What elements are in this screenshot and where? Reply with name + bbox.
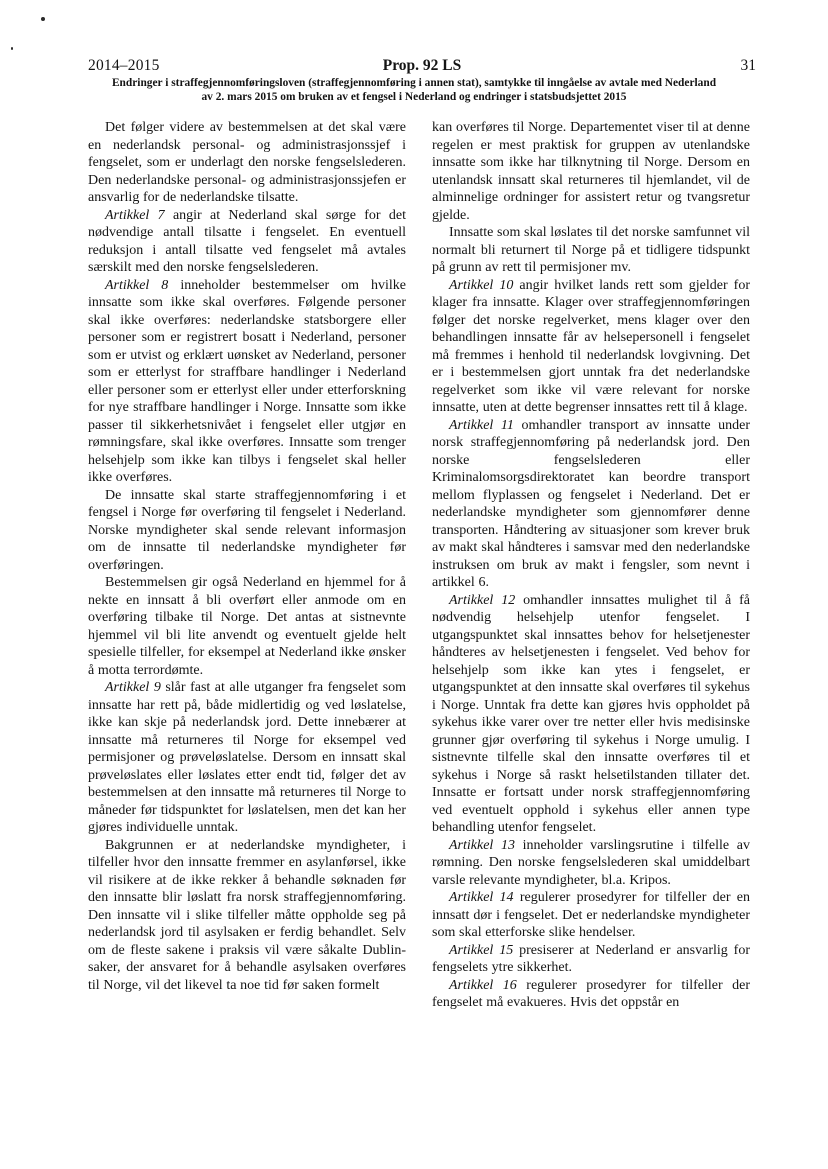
paragraph-personal-og-administrasjonssjef: Det følger videre av bestemmelsen at det… [88, 119, 406, 207]
article-lead: Artikkel 9 [105, 680, 161, 695]
paragraph-bakgrunn-asyl: Bakgrunnen er at nederlandske myndighete… [88, 837, 406, 995]
paragraph-text: Innsatte som skal løslates til det norsk… [432, 225, 750, 275]
article-lead: Artikkel 12 [449, 593, 515, 608]
paragraph-artikkel-14: Artikkel 14 regulerer prosedyrer for til… [432, 889, 750, 942]
paragraph-artikkel-12: Artikkel 12 omhandler innsattes mulighet… [432, 592, 750, 837]
paragraph-artikkel-10: Artikkel 10 angir hvilket lands rett som… [432, 277, 750, 417]
subtitle-line-1: Endringer i straffegjennomføringsloven (… [56, 77, 772, 91]
paragraph-overforing-prosess: De innsatte skal starte straffegjennomfø… [88, 487, 406, 575]
paragraph-text: kan overføres til Norge. Departementet v… [432, 120, 750, 223]
article-lead: Artikkel 8 [105, 278, 168, 293]
paragraph-text: Bestemmelsen gir også Nederland en hjemm… [88, 575, 406, 678]
article-lead: Artikkel 13 [449, 838, 515, 853]
document-subtitle: Endringer i straffegjennomføringsloven (… [56, 77, 772, 104]
article-lead: Artikkel 10 [449, 278, 513, 293]
article-lead: Artikkel 16 [449, 978, 517, 993]
paragraph-text: angir hvilket lands rett som gjelder for… [432, 278, 750, 416]
text-columns: Det følger videre av bestemmelsen at det… [88, 119, 750, 1012]
left-column: Det følger videre av bestemmelsen at det… [88, 119, 406, 1012]
paragraph-artikkel-7: Artikkel 7 angir at Nederland skal sørge… [88, 207, 406, 277]
paragraph-artikkel-13: Artikkel 13 inneholder varslingsrutine i… [432, 837, 750, 890]
page-number: 31 [461, 57, 756, 75]
paragraph-artikkel-16: Artikkel 16 regulerer prosedyrer for til… [432, 977, 750, 1012]
paragraph-artikkel-8: Artikkel 8 inneholder bestemmelser om hv… [88, 277, 406, 487]
right-column: kan overføres til Norge. Departementet v… [432, 119, 750, 1012]
document-page: 2014–2015 Prop. 92 LS 31 Endringer i str… [0, 0, 828, 1169]
subtitle-line-2: av 2. mars 2015 om bruken av et fengsel … [56, 91, 772, 105]
paragraph-continuation: kan overføres til Norge. Departementet v… [432, 119, 750, 224]
paragraph-text: De innsatte skal starte straffegjennomfø… [88, 488, 406, 573]
paragraph-artikkel-11: Artikkel 11 omhandler transport av innsa… [432, 417, 750, 592]
scan-speck [41, 17, 45, 21]
article-lead: Artikkel 15 [449, 943, 513, 958]
paragraph-text: Bakgrunnen er at nederlandske myndighete… [88, 838, 406, 993]
paragraph-text: Det følger videre av bestemmelsen at det… [88, 120, 406, 205]
paragraph-artikkel-9: Artikkel 9 slår fast at alle utganger fr… [88, 679, 406, 837]
paragraph-loslatelse-retur: Innsatte som skal løslates til det norsk… [432, 224, 750, 277]
page-header: 2014–2015 Prop. 92 LS 31 Endringer i str… [0, 0, 828, 104]
article-lead: Artikkel 11 [449, 418, 514, 433]
document-title: Prop. 92 LS [383, 57, 462, 75]
paragraph-text: omhandler innsattes mulighet til å få nø… [432, 593, 750, 836]
header-row: 2014–2015 Prop. 92 LS 31 [88, 57, 756, 75]
article-lead: Artikkel 14 [449, 890, 514, 905]
article-lead: Artikkel 7 [105, 208, 165, 223]
paragraph-text: slår fast at alle utganger fra fengselet… [88, 680, 406, 835]
scan-speck [11, 47, 13, 50]
paragraph-text: omhandler transport av innsatte under no… [432, 418, 750, 591]
paragraph-text: inneholder bestemmelser om hvilke innsat… [88, 278, 406, 486]
paragraph-hjemmel-nekte: Bestemmelsen gir også Nederland en hjemm… [88, 574, 406, 679]
session-years: 2014–2015 [88, 57, 383, 75]
paragraph-artikkel-15: Artikkel 15 presiserer at Nederland er a… [432, 942, 750, 977]
